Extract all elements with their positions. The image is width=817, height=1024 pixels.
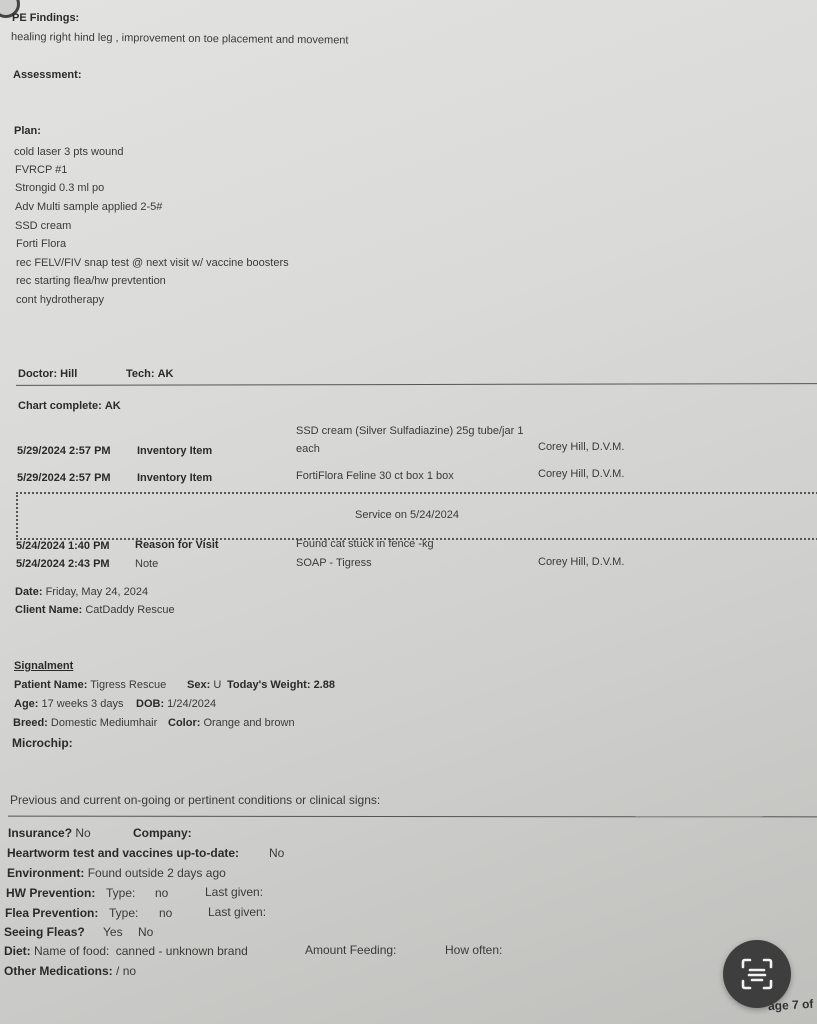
sex-value: U [213, 679, 221, 691]
conditions-label: Previous and current on-going or pertine… [10, 793, 380, 807]
scan-text-icon [737, 954, 777, 994]
weight-value: 2.88 [314, 679, 335, 691]
entry-description: SSD cream (Silver Sulfadiazine) 25g tube… [296, 425, 523, 437]
environment-label: Environment: [7, 866, 84, 880]
seeing-fleas-label: Seeing Fleas? [4, 925, 85, 939]
seeing-fleas-no: No [138, 925, 153, 939]
plan-item: rec starting flea/hw prevtention [16, 275, 166, 287]
insurance-value: No [75, 826, 90, 840]
diet-food-value: canned - unknown brand [116, 944, 248, 958]
entry-provider: Corey Hill, D.V.M. [538, 556, 624, 568]
client-name-field: Client Name: CatDaddy Rescue [15, 604, 175, 616]
plan-item: cold laser 3 pts wound [14, 146, 123, 158]
age-field: Age: 17 weeks 3 days [14, 698, 123, 710]
weight-field: Today's Weight: 2.88 [227, 679, 335, 691]
diet-food-label: Name of food: [34, 944, 109, 958]
diet-field: Diet: Name of food: canned - unknown bra… [4, 944, 248, 958]
pe-findings-label: PE Findings: [12, 12, 79, 24]
breed-field: Breed: Domestic Mediumhair [13, 717, 157, 729]
doctor-value: Hill [60, 368, 77, 380]
flea-prevention-label: Flea Prevention: [5, 906, 98, 920]
other-medications-value: / no [116, 964, 136, 978]
pe-findings-text: healing right hind leg , improvement on … [11, 31, 349, 47]
weight-label: Today's Weight: [227, 679, 311, 691]
entry-provider: Corey Hill, D.V.M. [538, 441, 624, 453]
plan-item: Adv Multi sample applied 2-5# [15, 201, 162, 213]
patient-name-label: Patient Name: [14, 679, 87, 691]
hw-type-value: no [155, 886, 168, 900]
plan-item: cont hydrotherapy [16, 294, 104, 306]
dob-value: 1/24/2024 [167, 698, 216, 710]
environment-value: Found outside 2 days ago [88, 866, 226, 880]
color-field: Color: Orange and brown [168, 717, 295, 729]
color-value: Orange and brown [203, 717, 294, 729]
plan-item: Strongid 0.3 ml po [15, 182, 104, 194]
entry-description: FortiFlora Feline 30 ct box 1 box [296, 470, 454, 482]
plan-item: Forti Flora [16, 238, 66, 250]
entry-type: Inventory Item [137, 445, 212, 457]
dob-label: DOB: [136, 698, 164, 710]
how-often-label: How often: [445, 943, 502, 957]
hw-prevention-label: HW Prevention: [6, 886, 95, 900]
dob-field: DOB: 1/24/2024 [136, 698, 216, 710]
sex-field: Sex: U [187, 679, 221, 691]
seeing-fleas-yes: Yes [103, 925, 123, 939]
assessment-label: Assessment: [13, 69, 81, 81]
entry-datetime: 5/29/2024 2:57 PM [17, 445, 111, 457]
chart-complete-field: Chart complete: AK [18, 400, 121, 412]
tech-field: Tech: AK [126, 368, 173, 380]
doctor-field: Doctor: Hill [18, 368, 77, 380]
entry-type: Reason for Visit [135, 539, 219, 551]
hw-vaccines-value: No [269, 846, 284, 860]
chart-complete-value: AK [105, 400, 121, 412]
hw-last-given-label: Last given: [205, 885, 263, 899]
entry-datetime: 5/24/2024 2:43 PM [16, 558, 110, 570]
visit-date-label: Date: [15, 586, 43, 598]
plan-item: rec FELV/FIV snap test @ next visit w/ v… [16, 257, 289, 269]
environment-field: Environment: Found outside 2 days ago [7, 866, 226, 880]
text-scan-button[interactable] [723, 940, 791, 1008]
patient-name-field: Patient Name: Tigress Rescue [14, 679, 166, 691]
entry-description-cont: each [296, 443, 320, 455]
hw-type-label: Type: [106, 886, 135, 900]
company-label: Company: [133, 826, 192, 840]
flea-type-label: Type: [109, 906, 138, 920]
other-medications-field: Other Medications: / no [4, 964, 136, 978]
entry-type: Inventory Item [137, 472, 212, 484]
service-header: Service on 5/24/2024 [355, 509, 459, 521]
divider [16, 383, 817, 386]
doctor-label: Doctor: [18, 368, 57, 380]
chart-complete-label: Chart complete: [18, 400, 102, 412]
entry-datetime: 5/29/2024 2:57 PM [17, 472, 111, 484]
plan-item: FVRCP #1 [15, 164, 67, 176]
client-name-label: Client Name: [15, 604, 82, 616]
breed-value: Domestic Mediumhair [51, 717, 157, 729]
entry-type: Note [135, 558, 158, 570]
visit-date-field: Date: Friday, May 24, 2024 [15, 586, 148, 598]
other-medications-label: Other Medications: [4, 964, 113, 978]
flea-last-given-label: Last given: [208, 905, 266, 919]
plan-item: SSD cream [15, 220, 71, 232]
divider [8, 816, 817, 818]
tech-label: Tech: [126, 368, 155, 380]
age-label: Age: [14, 698, 38, 710]
flea-type-value: no [159, 906, 172, 920]
signalment-heading: Signalment [14, 660, 73, 672]
tech-value: AK [158, 368, 174, 380]
entry-datetime: 5/24/2024 1:40 PM [16, 540, 110, 552]
age-value: 17 weeks 3 days [42, 698, 124, 710]
entry-provider: Corey Hill, D.V.M. [538, 468, 624, 480]
document-page: PE Findings: healing right hind leg , im… [0, 0, 817, 1024]
patient-name-value: Tigress Rescue [90, 679, 166, 691]
hw-vaccines-label: Heartworm test and vaccines up-to-date: [7, 846, 239, 860]
amount-feeding-label: Amount Feeding: [305, 943, 396, 957]
insurance-label: Insurance? [8, 826, 72, 840]
color-label: Color: [168, 717, 200, 729]
breed-label: Breed: [13, 717, 48, 729]
insurance-field: Insurance? No [8, 826, 91, 840]
sex-label: Sex: [187, 679, 210, 691]
entry-description: SOAP - Tigress [296, 557, 372, 569]
plan-label: Plan: [14, 125, 41, 137]
entry-description: Found cat stuck in fence -kg [296, 538, 434, 550]
microchip-label: Microchip: [12, 736, 73, 750]
diet-label: Diet: [4, 944, 31, 958]
client-name-value: CatDaddy Rescue [85, 604, 174, 616]
visit-date-value: Friday, May 24, 2024 [46, 586, 149, 598]
